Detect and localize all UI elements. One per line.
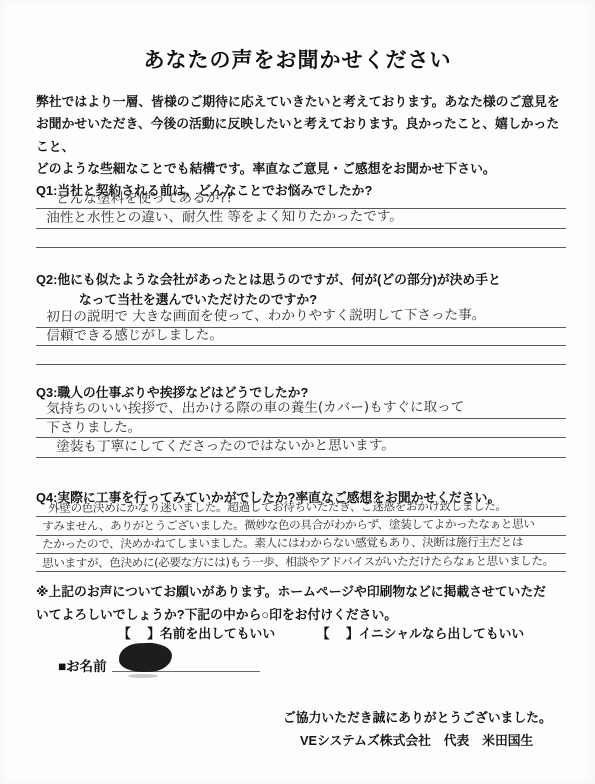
- answer-area-q3: 気持ちのいい挨拶で、出かける際の車の養生(カバー)もすぐに取って 下さりました。…: [36, 400, 566, 458]
- handwritten-answer: 外壁の色決めにかなり迷いました。超過してお待ちいただき、ご迷惑をおかけ致しました…: [36, 501, 507, 517]
- answer-line: 塗装も丁寧にしてくださったのではないかと思います。: [36, 438, 566, 457]
- answer-line: 信頼できる感じがしました。: [36, 328, 566, 347]
- question-label-line: Q2:他にも似たような会社があったとは思うのですが、何が(どの部分)が決め手と: [36, 272, 501, 287]
- answer-line: [36, 346, 566, 365]
- handwritten-answer: どんな塗料を使ってあるか?!: [36, 192, 232, 208]
- answer-line: 初日の説明で 大きな画面を使って、わかりやすく説明して下さった事。: [36, 309, 566, 328]
- permission-options: 【 】名前を出してもいい 【 】イニシャルなら出してもいい: [118, 623, 562, 642]
- handwritten-answer: 初日の説明で 大きな画面を使って、わかりやすく説明して下さった事。: [36, 309, 485, 327]
- intro-line: どのような些細なことでも結構です。率直なご意見・ご感想をお聞かせ下さい。: [36, 158, 569, 180]
- permission-option-name: 【 】名前を出してもいい: [118, 623, 275, 642]
- handwritten-answer: たかったので、決めかねてしまいました。素人にはわからない感覚もあり、決断は施行主…: [36, 537, 523, 553]
- question-label-q2: Q2:他にも似たような会社があったとは思うのですが、何が(どの部分)が決め手と …: [36, 270, 569, 309]
- permission-note: ※上記のお声についてお願いがあります。ホームページや印刷物などに掲載させていただ…: [36, 581, 569, 626]
- answer-line: 気持ちのいい挨拶で、出かける際の車の養生(カバー)もすぐに取って: [36, 400, 566, 419]
- answer-area-q4: 外壁の色決めにかなり迷いました。超過してお待ちいただき、ご迷惑をおかけ致しました…: [36, 499, 566, 572]
- handwritten-answer: 信頼できる感じがしました。: [36, 329, 223, 345]
- answer-line: 下さりました。: [36, 419, 566, 438]
- handwritten-answer: [36, 245, 46, 247]
- handwritten-answer: 思いますが、色決めに(必要な方には)もう一歩、相談やアドバイスがいただけたらなぁ…: [36, 555, 554, 571]
- name-field-label: ■お名前: [58, 655, 107, 675]
- answer-line: すみません、ありがとうございました。微妙な色の具合がわからず、塗装してよかったな…: [36, 517, 566, 535]
- question-label-line: なって当社を選んでいただけたのですか?: [36, 290, 569, 310]
- handwritten-answer: 下さりました。: [36, 421, 141, 437]
- questionnaire-page: あなたの声をお聞かせください 弊社ではより一層、皆様のご期待に応えていきたいと考…: [0, 0, 595, 784]
- redacted-name: [119, 642, 173, 673]
- closing-thanks: ご協力いただき誠にありがとうございました。: [283, 707, 552, 726]
- handwritten-answer: 塗装も丁寧にしてくださったのではないかと思います。: [36, 439, 395, 456]
- handwritten-answer: [36, 362, 46, 364]
- answer-line: どんな塗料を使ってあるか?!: [36, 190, 566, 209]
- intro-line: お聞かせいただき、今後の活動に反映したいと考えております。良かったこと、嬉しかっ…: [36, 113, 569, 158]
- page-title: あなたの声をお聞かせください: [0, 44, 595, 74]
- handwritten-answer: すみません、ありがとうございました。微妙な色の具合がわからず、塗装してよかったな…: [36, 519, 535, 535]
- answer-line: 油性と水性との違い、耐久性 等をよく知りたかったです。: [36, 209, 566, 228]
- answer-line: 思いますが、色決めに(必要な方には)もう一歩、相談やアドバイスがいただけたらなぁ…: [36, 554, 566, 572]
- intro-line: 弊社ではより一層、皆様のご期待に応えていきたいと考えております。あなた様のご意見…: [36, 91, 569, 113]
- permission-note-line: ※上記のお声についてお願いがあります。ホームページや印刷物などに掲載させていただ: [36, 581, 569, 604]
- company-signature: VEシステムズ株式会社 代表 米田国生: [300, 730, 533, 749]
- answer-line: 外壁の色決めにかなり迷いました。超過してお待ちいただき、ご迷惑をおかけ致しました…: [36, 499, 566, 517]
- answer-area-q2: 初日の説明で 大きな画面を使って、わかりやすく説明して下さった事。 信頼できる感…: [36, 309, 566, 365]
- answer-line: [36, 229, 566, 248]
- handwritten-answer: 気持ちのいい挨拶で、出かける際の車の養生(カバー)もすぐに取って: [36, 401, 464, 418]
- permission-option-initial: 【 】イニシャルなら出してもいい: [317, 623, 525, 642]
- answer-area-q1: どんな塗料を使ってあるか?! 油性と水性との違い、耐久性 等をよく知りたかったで…: [36, 190, 566, 248]
- intro-paragraph: 弊社ではより一層、皆様のご期待に応えていきたいと考えております。あなた様のご意見…: [36, 91, 569, 180]
- scan-smudge: [128, 674, 158, 678]
- handwritten-answer: 油性と水性との違い、耐久性 等をよく知りたかったです。: [36, 210, 403, 227]
- answer-line: たかったので、決めかねてしまいました。素人にはわからない感覚もあり、決断は施行主…: [36, 536, 566, 554]
